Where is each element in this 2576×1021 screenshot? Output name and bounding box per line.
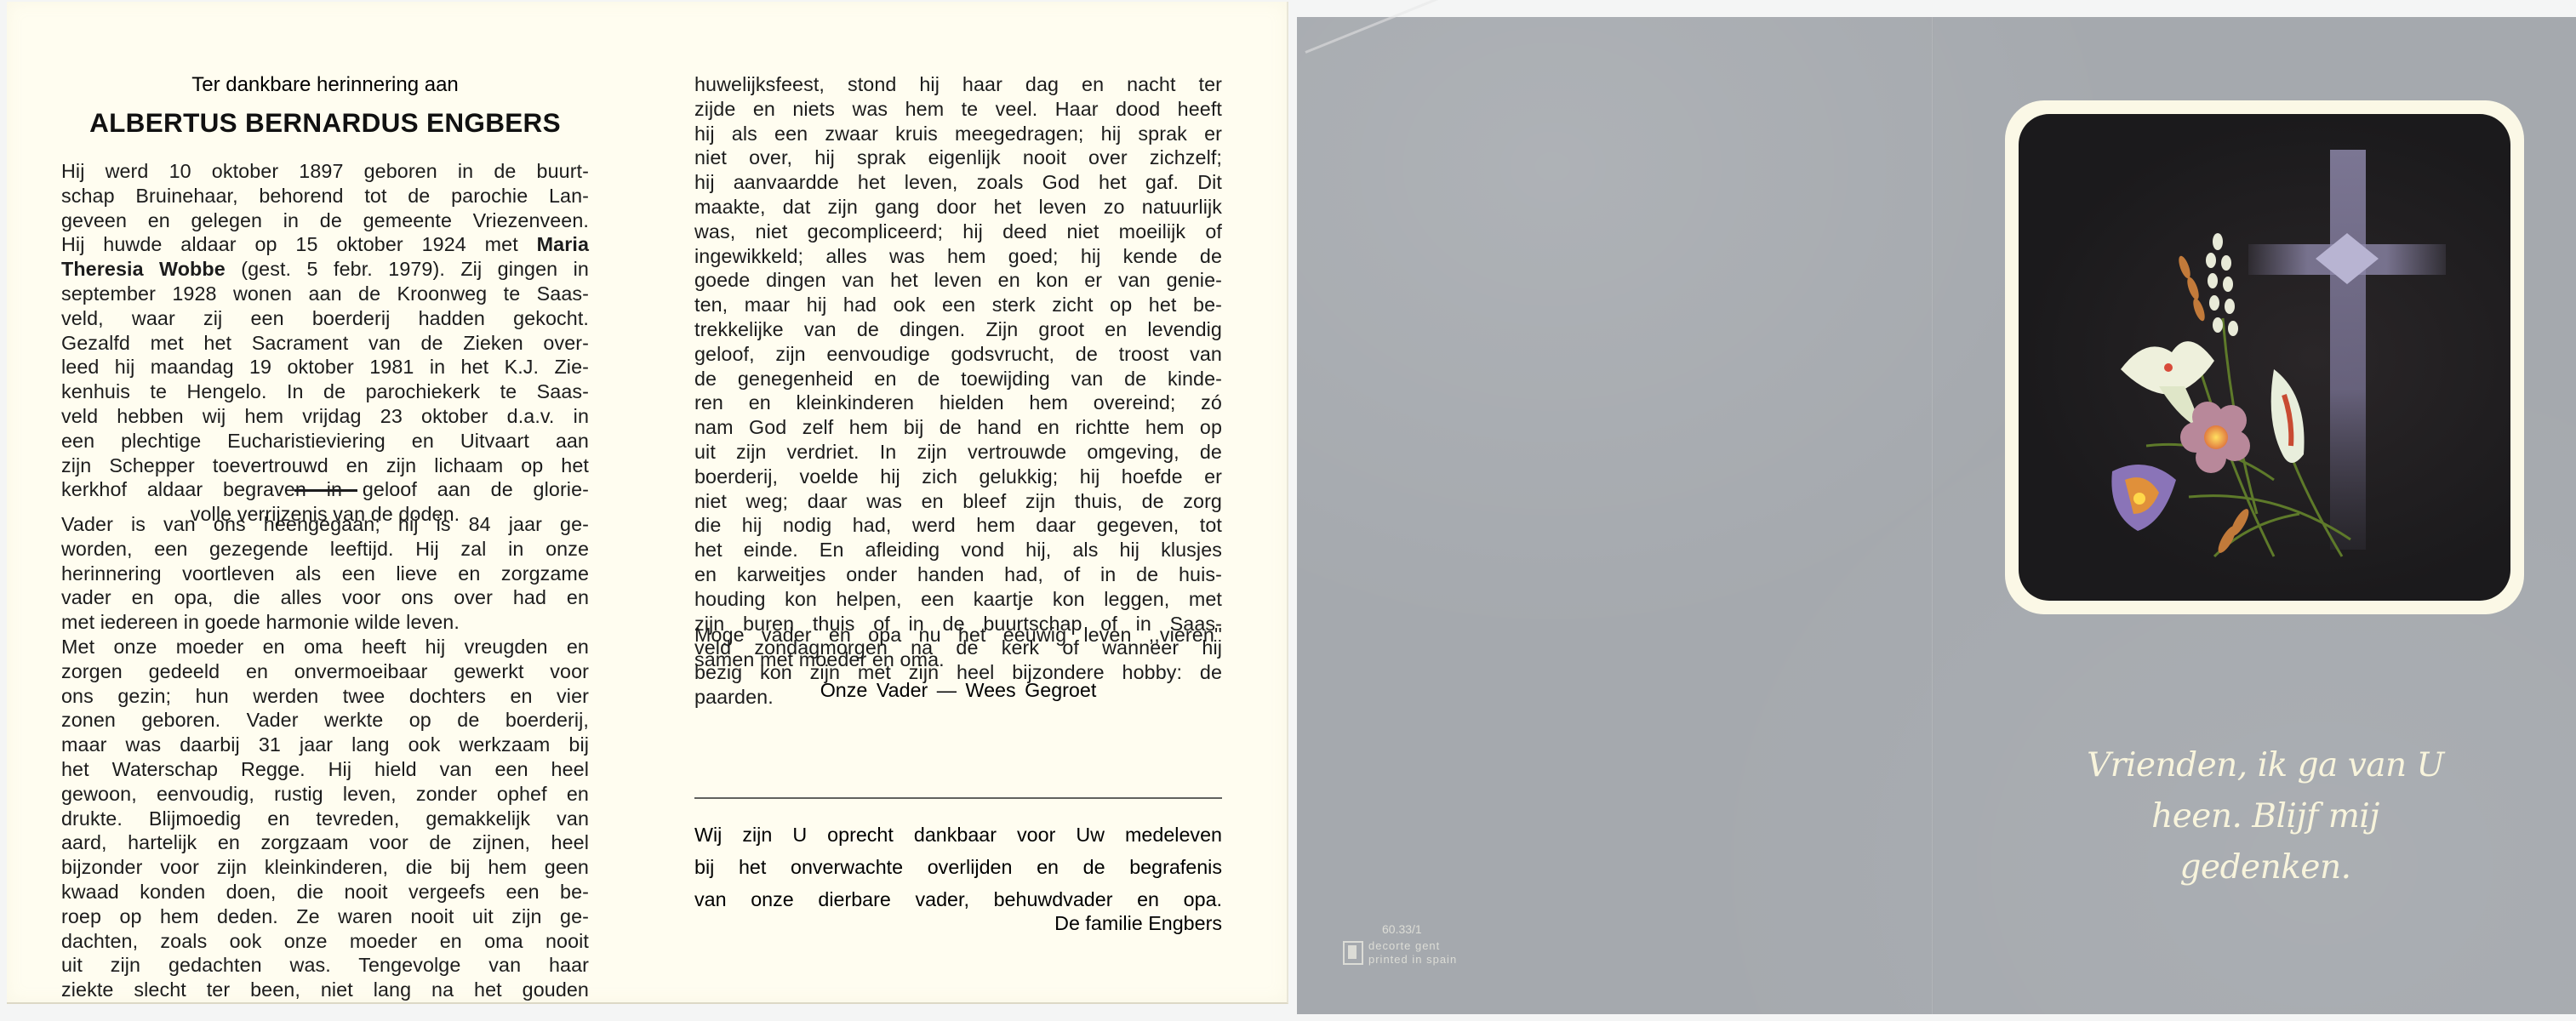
publisher-logo-icon — [1343, 941, 1363, 965]
cross-flowers-image — [2019, 114, 2510, 601]
text-line: bijzonder voor zijn kleinkinderen, die b… — [61, 855, 589, 880]
biography: Hij werd 10 oktober 1897 geboren in de b… — [61, 159, 589, 527]
spouse-first-name: Maria — [537, 233, 589, 255]
text-line: bij het onverwachte overlijden en de beg… — [694, 851, 1222, 883]
quote-line: heen. Blijf mij gedenken. — [2087, 791, 2444, 893]
text-line: Moge vader en opa nu het eeuwig leven ,,… — [694, 623, 1222, 647]
text-line: hij aanvaardde het leven, zoals God het … — [694, 170, 1222, 195]
separator-dash — [294, 489, 357, 492]
text-line: ten, maar hij had ook een sterk zicht op… — [694, 293, 1222, 317]
text-line: met iedereen in goede harmonie wilde lev… — [61, 610, 589, 635]
text-line: huwelijksfeest, stond hij haar dag en na… — [694, 72, 1222, 97]
bio-line-marriage: Hij huwde aldaar op 15 oktober 1924 met … — [61, 232, 589, 257]
bio-line: zijn Schepper toevertrouwd en zijn licha… — [61, 453, 589, 478]
text-line: nam God zelf hem bij de hand en richtte … — [694, 415, 1222, 440]
text-line: houding kon helpen, een kaartje kon legg… — [694, 587, 1222, 612]
text-line: aard, hartelijk en zorgzaam voor de zijn… — [61, 830, 589, 855]
thanks-note: Wij zijn U oprecht dankbaar voor Uw mede… — [694, 819, 1222, 915]
bio-line-spouse: Theresia Wobbe (gest. 5 febr. 1979). Zij… — [61, 257, 589, 282]
text-line: Vader is van ons heengegaan; hij is 84 j… — [61, 512, 589, 537]
text-line: uit zijn verdriet. In zijn vertrouwde om… — [694, 440, 1222, 465]
text-line: boerderij, voelde hij zich gelukkig; hij… — [694, 465, 1222, 489]
text-line: kwaad konden doen, die nooit vergeefs ee… — [61, 880, 589, 904]
text-line: zijde en niets was hem te veel. Haar doo… — [694, 97, 1222, 122]
text-line: maar was daarbij 31 jaar lang ook werkza… — [61, 733, 589, 757]
inside-card: Ter dankbare herinnering aan ALBERTUS BE… — [7, 2, 1288, 1004]
text-line: herinnering voortleven als een lieve en … — [61, 562, 589, 586]
text-line: ren en kleinkinderen hielden hem overein… — [694, 391, 1222, 415]
text-line: de genegenheid en de toewijding van de k… — [694, 367, 1222, 391]
bio-line: veld hebben wij hem vrijdag 23 oktober d… — [61, 404, 589, 429]
memorial-quote: Vrienden, ik ga van U heen. Blijf mij ge… — [2087, 740, 2444, 893]
signature: De familie Engbers — [694, 912, 1222, 935]
prayers: Onze Vader — Wees Gegroet — [694, 679, 1222, 702]
text-line: uit zijn gedachten was. Tengevolge van h… — [61, 953, 589, 978]
bio-line: geveen en gelegen in de gemeente Vriezen… — [61, 208, 589, 233]
bio-line: kenhuis te Hengelo. In de parochiekerk t… — [61, 379, 589, 404]
text-line: Met onze moeder en oma heeft hij vreugde… — [61, 635, 589, 659]
text-line: niet over, hij sprak eigenlijk nooit ove… — [694, 145, 1222, 170]
text-line: was, niet gecompliceerd; hij deed niet m… — [694, 220, 1222, 244]
text-line: die hij nodig had, werd hem daar gegeven… — [694, 513, 1222, 538]
bio-line: schap Bruinehaar, behorend tot de paroch… — [61, 184, 589, 208]
text-line: en karweitjes onder handen had, of in de… — [694, 562, 1222, 587]
text-line: ziekte slecht ter been, niet lang na het… — [61, 978, 589, 1002]
picture-frame — [2005, 100, 2524, 614]
text-line: niet weg; daar was en bleef zijn thuis, … — [694, 489, 1222, 514]
text-line: het einde. En afleiding vond hij, als hi… — [694, 538, 1222, 562]
paper-crease — [1305, 0, 1527, 54]
bio-line: (gest. 5 febr. 1979). Zij gingen in — [241, 258, 589, 280]
text-line: geloof, zijn eenvoudige godsvrucht, de t… — [694, 342, 1222, 367]
text-line: ingewikkeld; alles was hem goed; hij ken… — [694, 244, 1222, 269]
fold-line — [1931, 17, 1933, 1014]
bio-line: Gezalfd met het Sacrament van de Zieken … — [61, 331, 589, 356]
closing: Moge vader en opa nu het eeuwig leven ,,… — [694, 623, 1222, 672]
imprint-publisher: decorte gent — [1368, 939, 1457, 953]
bio-line: september 1928 wonen aan de Kroonweg te … — [61, 282, 589, 306]
text-line: trekkelijke van de dingen. Zijn groot en… — [694, 317, 1222, 342]
text-line: worden, een gezegende leeftijd. Hij zal … — [61, 537, 589, 562]
text-line: samen met moeder en oma. — [694, 647, 1222, 672]
text-line: hij als een zwaar kruis meegedragen; hij… — [694, 122, 1222, 146]
text-line: het Waterschap Regge. Hij hield van een … — [61, 757, 589, 782]
bio-line: veld, waar zij een boerderij hadden geko… — [61, 306, 589, 331]
printer-imprint: 60.33/1 decorte gent printed in spain — [1338, 922, 1457, 967]
imprint-code: 60.33/1 — [1382, 922, 1457, 936]
text-line: zonen geboren. Vader werkte op de boerde… — [61, 708, 589, 733]
text-line: Wij zijn U oprecht dankbaar voor Uw mede… — [694, 819, 1222, 851]
text-line: drukte. Blijmoedig en tevreden, gemakkel… — [61, 807, 589, 831]
bio-line: leed hij maandag 19 oktober 1981 in het … — [61, 355, 589, 379]
text-line: roep op hem deden. Ze waren nooit uit zi… — [61, 904, 589, 929]
divider-line — [694, 797, 1222, 799]
text-line: dachten, zoals ook onze moeder en oma no… — [61, 929, 589, 954]
text-line: van onze dierbare vader, behuwdvader en … — [694, 883, 1222, 915]
reflection-b: Met onze moeder en oma heeft hij vreugde… — [61, 635, 589, 1002]
text-line: vader en opa, die alles voor ons over ha… — [61, 585, 589, 610]
reflection-a: Vader is van ons heengegaan; hij is 84 j… — [61, 512, 589, 635]
outside-card: Vrienden, ik ga van U heen. Blijf mij ge… — [1297, 17, 2576, 1014]
text-line: zorgen gedeeld en onvermoeibaar gewerkt … — [61, 659, 589, 684]
imprint-printed: printed in spain — [1368, 953, 1457, 967]
bio-line: Hij huwde aldaar op 15 oktober 1924 met — [61, 233, 537, 255]
deceased-name: ALBERTUS BERNARDUS ENGBERS — [61, 107, 589, 139]
spouse-name: Theresia Wobbe — [61, 258, 226, 280]
bio-line: een plechtige Eucharistieviering en Uitv… — [61, 429, 589, 453]
text-line: goede dingen van het leven en kon er van… — [694, 268, 1222, 293]
continuation: huwelijksfeest, stond hij haar dag en na… — [694, 72, 1222, 710]
bio-line: Hij werd 10 oktober 1897 geboren in de b… — [61, 159, 589, 184]
quote-line: Vrienden, ik ga van U — [2087, 740, 2444, 791]
text-line: ons gezin; hun werden twee dochters en v… — [61, 684, 589, 709]
cross-with-flowers-icon — [2019, 114, 2510, 601]
text-line: maakte, dat zijn gang door het leven zo … — [694, 195, 1222, 220]
text-line: gewoon, eenvoudig, rustig leven, zonder … — [61, 782, 589, 807]
intro-text: Ter dankbare herinnering aan — [61, 73, 589, 97]
